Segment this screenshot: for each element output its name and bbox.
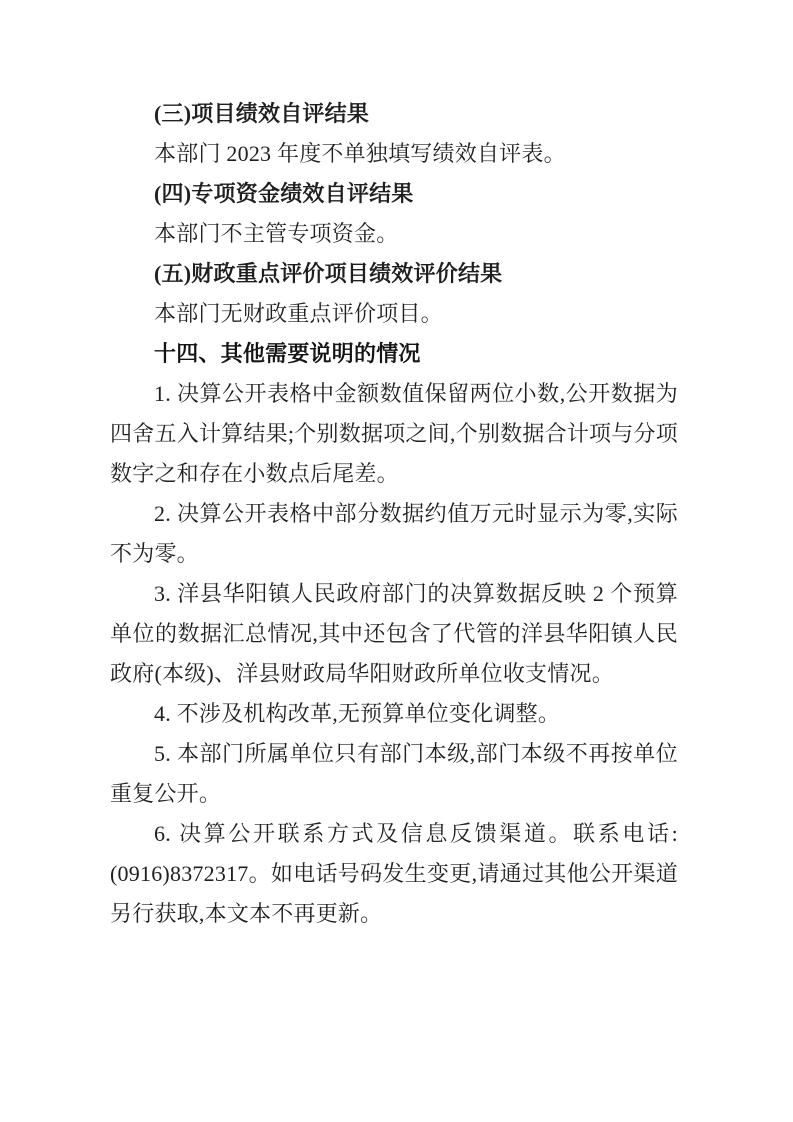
paragraph-note-6-contact-phone: 6. 决算公开联系方式及信息反馈渠道。联系电话:(0916)8372317。如电… (110, 814, 678, 934)
subheading-project-performance-selfreview: (三)项目绩效自评结果 (110, 94, 678, 134)
paragraph-note-4-no-reform: 4. 不涉及机构改革,无预算单位变化调整。 (110, 694, 678, 734)
subheading-key-evaluation-results: (五)财政重点评价项目绩效评价结果 (110, 254, 678, 294)
paragraph-no-key-evaluation-projects: 本部门无财政重点评价项目。 (110, 294, 678, 334)
section-heading-other-notes: 十四、其他需要说明的情况 (110, 334, 678, 374)
paragraph-no-selfreview-table: 本部门 2023 年度不单独填写绩效自评表。 (110, 134, 678, 174)
paragraph-note-5-no-duplicate-disclosure: 5. 本部门所属单位只有部门本级,部门本级不再按单位重复公开。 (110, 734, 678, 814)
subheading-special-funds-selfreview: (四)专项资金绩效自评结果 (110, 174, 678, 214)
document-body: (三)项目绩效自评结果 本部门 2023 年度不单独填写绩效自评表。 (四)专项… (110, 94, 678, 934)
paragraph-no-special-funds: 本部门不主管专项资金。 (110, 214, 678, 254)
document-page: (三)项目绩效自评结果 本部门 2023 年度不单独填写绩效自评表。 (四)专项… (0, 0, 793, 1122)
paragraph-note-3-budget-units: 3. 洋县华阳镇人民政府部门的决算数据反映 2 个预算单位的数据汇总情况,其中还… (110, 574, 678, 694)
paragraph-note-1-rounding: 1. 决算公开表格中金额数值保留两位小数,公开数据为四舍五入计算结果;个别数据项… (110, 374, 678, 494)
paragraph-note-2-zero-display: 2. 决算公开表格中部分数据约值万元时显示为零,实际不为零。 (110, 494, 678, 574)
